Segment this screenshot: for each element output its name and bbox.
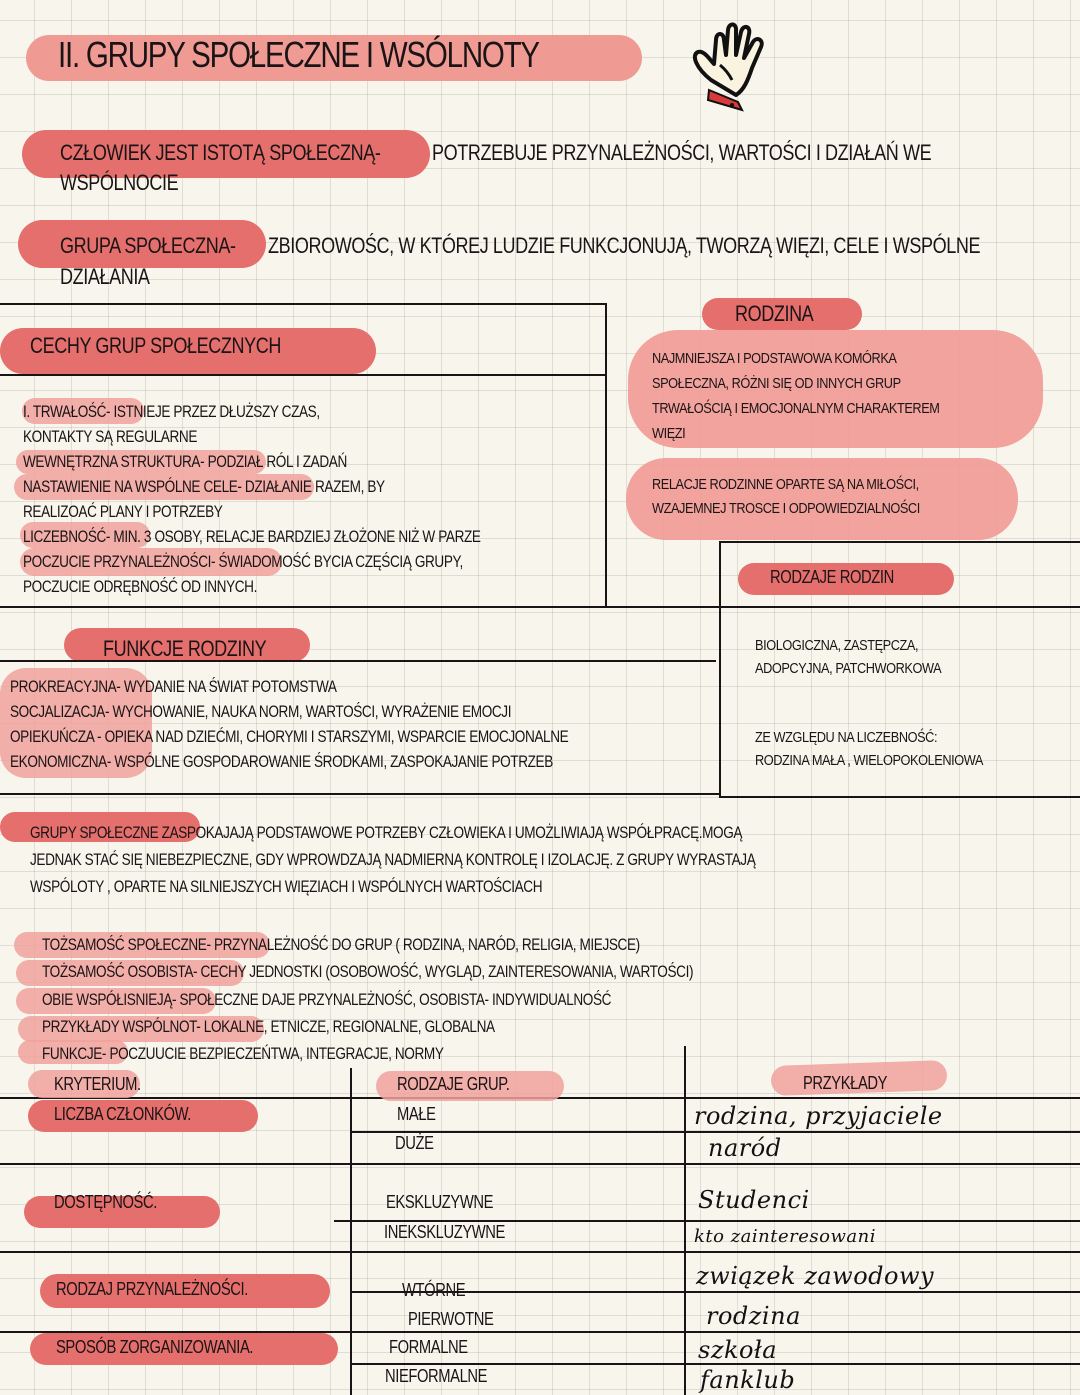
rodzaje-rodzin-heading: RODZAJE RODZIN [770, 567, 894, 588]
divider [606, 606, 1080, 608]
funkcje-heading: FUNKCJE RODZINY [103, 636, 266, 662]
summary-line: GRUPY SPOŁECZNE ZASPOKAJAJĄ PODSTAWOWE P… [30, 823, 742, 843]
table-header-rodzaje: RODZAJE GRUP. [397, 1074, 510, 1095]
tozsamosc-term: TOŻSAMOŚĆ OSOBISTA- [42, 962, 197, 981]
tozsamosc-item: TOŻSAMOŚĆ OSOBISTA- CECHY JEDNOSTKI (OSO… [42, 962, 693, 982]
funkcje-desc: OPIEKA NAD DZIEĆMI, CHORYMI I STARSZYMI,… [105, 727, 569, 746]
funkcje-desc: WYCHOWANIE, NAUKA NORM, WARTOŚCI, WYRAŻE… [112, 702, 511, 721]
intro-desc-2: ZBIOROWOŚC, W KTÓREJ LUDZIE FUNKCJONUJĄ,… [268, 233, 980, 259]
table-example: szkoła [698, 1336, 777, 1364]
intro-term-1: CZŁOWIEK JEST ISTOTĄ SPOŁECZNĄ- [60, 140, 380, 166]
table-type: FORMALNE [389, 1337, 468, 1358]
tozsamosc-term: FUNKCJE- [42, 1044, 106, 1063]
table-example: rodzina, przyjaciele [694, 1102, 943, 1130]
tozsamosc-desc: PRZYNALEŻNOŚĆ DO GRUP ( RODZINA, NARÓD, … [214, 935, 640, 954]
table-example: rodzina [706, 1302, 801, 1330]
rodzaje-rodzin-block-2: RODZINA MAŁA , WIELOPOKOLENIOWA [755, 752, 983, 769]
funkcje-item: PROKREACYJNA- WYDANIE NA ŚWIAT POTOMSTWA [10, 677, 337, 697]
table-type: NIEFORMALNE [385, 1366, 487, 1387]
divider [0, 793, 720, 795]
divider [605, 303, 607, 608]
tozsamosc-desc: CECHY JEDNOSTKI (OSOBOWOŚĆ, WYGLĄD, ZAIN… [201, 962, 694, 981]
tozsamosc-desc: POCZUUCIE BEZPIECZEŃTWA, INTEGRACJE, NOR… [109, 1044, 443, 1063]
tozsamosc-item: PRZYKŁADY WSPÓLNOT- LOKALNE, ETNICZE, RE… [42, 1017, 495, 1037]
rodzina-para-1: SPOŁECZNA, RÓŻNI SIĘ OD INNYCH GRUP [652, 375, 901, 392]
rodzina-para-1: TRWAŁOŚCIĄ I EMOCJONALNYM CHARAKTEREM [652, 400, 939, 417]
table-example: fanklub [700, 1366, 795, 1394]
tozsamosc-term: TOŻSAMOŚĆ SPOŁECZNE- [42, 935, 211, 954]
cechy-line: WEWNĘTRZNA STRUKTURA- PODZIAŁ RÓL I ZADA… [23, 452, 347, 472]
summary-line: WSPÓLOTY , OPARTE NA SILNIEJSZYCH WIĘZIA… [30, 877, 542, 897]
cechy-heading: CECHY GRUP SPOŁECZNYCH [30, 333, 281, 359]
intro-term-2: GRUPA SPOŁECZNA- [60, 233, 236, 259]
tozsamosc-item: FUNKCJE- POCZUUCIE BEZPIECZEŃTWA, INTEGR… [42, 1044, 444, 1064]
funkcje-term: EKONOMICZNA- [10, 752, 111, 771]
rodzina-para-1: NAJMNIEJSZA I PODSTAWOWA KOMÓRKA [652, 350, 896, 367]
funkcje-item: OPIEKUŃCZA - OPIEKA NAD DZIEĆMI, CHORYMI… [10, 727, 568, 747]
divider [0, 374, 607, 376]
table-type: MAŁE [397, 1104, 436, 1125]
cechy-line: REALIZOAĆ PLANY I POTRZEBY [23, 502, 222, 522]
page-title: II. GRUPY SPOŁECZNE I WSÓLNOTY [58, 34, 539, 76]
divider [0, 303, 607, 305]
tozsamosc-desc: SPOŁECZNE DAJE PRZYNALEŻNOŚĆ, OSOBISTA- … [180, 990, 612, 1009]
table-divider [0, 1251, 1080, 1253]
tozsamosc-desc: LOKALNE, ETNICZE, REGIONALNE, GLOBALNA [204, 1017, 495, 1036]
table-divider [352, 1131, 1080, 1133]
rodzina-para-1: WIĘZI [652, 425, 685, 442]
rodzaje-rodzin-block-1: ADOPCYJNA, PATCHWORKOWA [755, 660, 941, 677]
funkcje-desc: WYDANIE NA ŚWIAT POTOMSTWA [124, 677, 337, 696]
intro-desc-2-cont: DZIAŁANIA [60, 264, 150, 290]
table-criterion: LICZBA CZŁONKÓW. [54, 1104, 191, 1125]
divider [720, 541, 1080, 543]
rodzina-cloud-highlight [626, 458, 1018, 540]
rodzaje-rodzin-block-2: ZE WZGLĘDU NA LICZEBNOŚĆ: [755, 729, 937, 746]
table-criterion: SPOSÓB ZORGANIZOWANIA. [56, 1337, 253, 1358]
funkcje-item: SOCJALIZACJA- WYCHOWANIE, NAUKA NORM, WA… [10, 702, 511, 722]
cechy-line: KONTAKTY SĄ REGULARNE [23, 427, 197, 447]
rodzina-heading: RODZINA [735, 301, 813, 327]
funkcje-desc: WSPÓLNE GOSPODAROWANIE ŚRODKAMI, ZASPOKA… [114, 752, 553, 771]
funkcje-term: PROKREACYJNA- [10, 677, 120, 696]
table-header-kryterium: KRYTERIUM. [54, 1074, 141, 1095]
summary-line: JEDNAK STAĆ SIĘ NIEBEZPIECZNE, GDY WPROW… [30, 850, 755, 870]
divider [720, 796, 1080, 798]
cechy-line: NASTAWIENIE NA WSPÓLNE CELE- DZIAŁANIE R… [23, 477, 385, 497]
rodzina-para-2: WZAJEMNEJ TROSCE I ODPOWIEDZIALNOŚCI [652, 500, 920, 517]
table-example: związek zawodowy [696, 1262, 934, 1290]
table-type: INEKSKLUZYWNE [384, 1222, 505, 1243]
tozsamosc-term: OBIE WSPÓŁISNIEJĄ- [42, 990, 176, 1009]
divider [0, 606, 607, 608]
table-divider [350, 1068, 352, 1395]
table-type: DUŻE [395, 1133, 434, 1154]
intro-desc-1: POTRZEBUJE PRZYNALEŻNOŚCI, WARTOŚCI I DZ… [432, 140, 931, 166]
table-divider [0, 1163, 1080, 1165]
intro-desc-1-cont: WSPÓLNOCIE [60, 170, 178, 196]
summary-text: ZASPOKAJAJĄ PODSTAWOWE POTRZEBY CZŁOWIEK… [162, 823, 742, 842]
funkcje-item: EKONOMICZNA- WSPÓLNE GOSPODAROWANIE ŚROD… [10, 752, 553, 772]
cechy-line: POCZUCIE ODRĘBNOŚĆ OD INNYCH. [23, 577, 257, 597]
table-type: WTÓRNE [402, 1280, 465, 1301]
tozsamosc-item: TOŻSAMOŚĆ SPOŁECZNE- PRZYNALEŻNOŚĆ DO GR… [42, 935, 640, 955]
table-criterion: RODZAJ PRZYNALEŻNOŚCI. [56, 1279, 248, 1300]
cechy-line: I. TRWAŁOŚĆ- ISTNIEJE PRZEZ DŁUŻSZY CZAS… [23, 402, 320, 422]
table-criterion: DOSTĘPNOŚĆ. [54, 1192, 157, 1213]
waving-hand-icon [686, 10, 786, 115]
cechy-line: LICZEBNOŚĆ- MIN. 3 OSOBY, RELACJE BARDZI… [23, 527, 481, 547]
divider [0, 660, 716, 662]
rodzina-para-2: RELACJE RODZINNE OPARTE SĄ NA MIŁOŚCI, [652, 476, 919, 493]
cechy-line: POCZUCIE PRZYNALEŻNOŚCI- ŚWIADOMOŚĆ BYCI… [23, 552, 463, 572]
table-type: EKSKLUZYWNE [386, 1192, 493, 1213]
table-example: Studenci [698, 1186, 810, 1214]
table-example: naród [708, 1134, 782, 1162]
divider [719, 541, 721, 798]
funkcje-term: SOCJALIZACJA- [10, 702, 109, 721]
tozsamosc-item: OBIE WSPÓŁISNIEJĄ- SPOŁECZNE DAJE PRZYNA… [42, 990, 611, 1010]
table-type: PIERWOTNE [408, 1309, 493, 1330]
table-example: kto zainteresowani [694, 1226, 876, 1247]
rodzaje-rodzin-block-1: BIOLOGICZNA, ZASTĘPCZA, [755, 637, 918, 654]
summary-term: GRUPY SPOŁECZNE [30, 823, 158, 842]
table-header-przyklady: PRZYKŁADY [803, 1073, 887, 1094]
tozsamosc-term: PRZYKŁADY WSPÓLNOT- [42, 1017, 200, 1036]
funkcje-term: OPIEKUŃCZA - [10, 727, 101, 746]
